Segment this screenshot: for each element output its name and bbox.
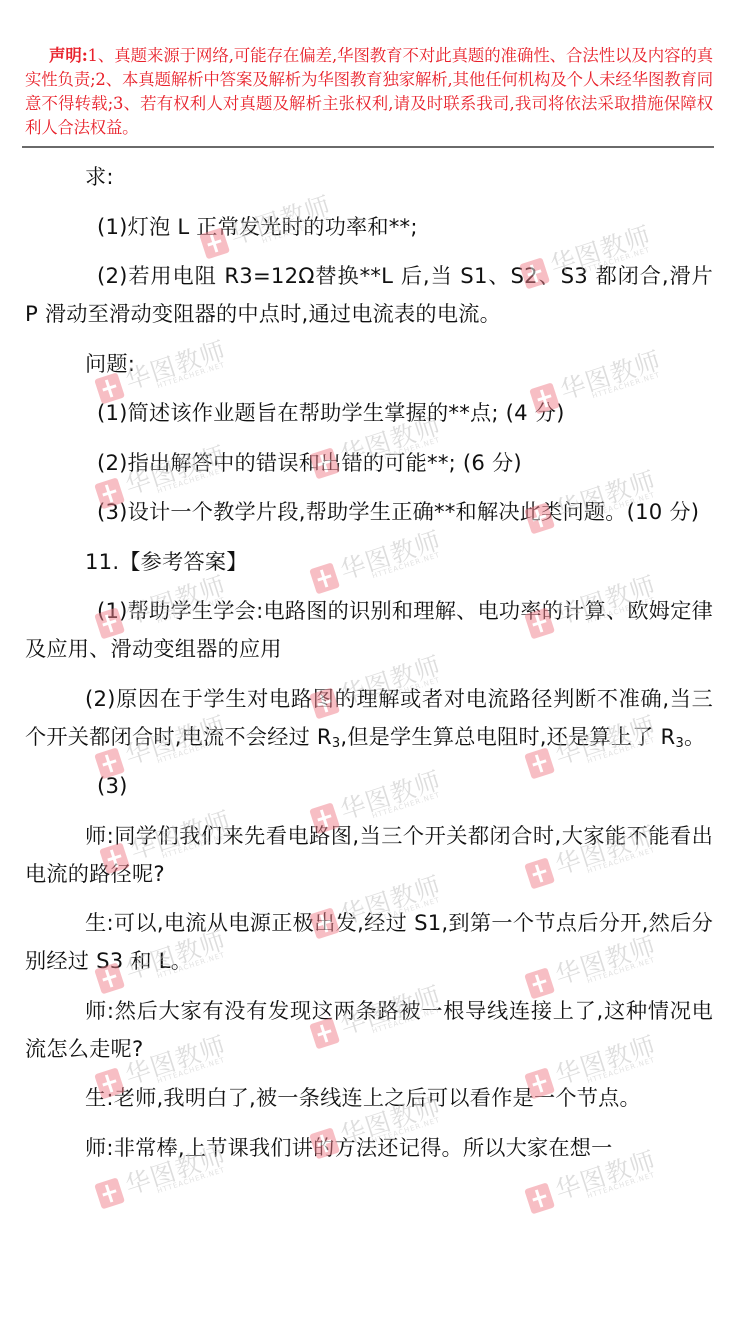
question-item-2: (2)若用电阻 R3=12Ω替换**L 后,当 S1、S2、S3 都闭合,滑片 …: [25, 257, 713, 333]
answer-part-2: (2)原因在于学生对电路图的理解或者对电流路径判断不准确,当三个开关都闭合时,电…: [25, 680, 713, 756]
ask-label: 求:: [25, 158, 713, 196]
document-body: 求: (1)灯泡 L 正常发光时的功率和**; (2)若用电阻 R3=12Ω替换…: [25, 158, 713, 1178]
disclaimer-label: 声明:: [49, 46, 88, 65]
answer-heading: 11.【参考答案】: [25, 543, 713, 581]
problems-label: 问题:: [25, 345, 713, 383]
header-divider: [22, 146, 714, 148]
dialogue-line: 生:可以,电流从电源正极出发,经过 S1,到第一个节点后分开,然后分别经过 S3…: [25, 904, 713, 980]
answer-part-2-text-b: ,但是学生算总电阻时,还是算上了 R: [340, 724, 675, 749]
answer-part-2-text-c: 。: [684, 724, 705, 749]
disclaimer-text: 1、真题来源于网络,可能存在偏差,华图教育不对此真题的准确性、合法性以及内容的真…: [25, 46, 713, 137]
problem-2: (2)指出解答中的错误和出错的可能**; (6 分): [25, 444, 713, 482]
problem-1: (1)简述该作业题旨在帮助学生掌握的**点; (4 分): [25, 394, 713, 432]
dialogue-line: 生:老师,我明白了,被一条线连上之后可以看作是一个节点。: [25, 1079, 713, 1117]
dialogue-line: 师:然后大家有没有发现这两条路被一根导线连接上了,这种情况电流怎么走呢?: [25, 992, 713, 1068]
dialogue-line: 师:同学们我们来先看电路图,当三个开关都闭合时,大家能不能看出电流的路径呢?: [25, 817, 713, 893]
answer-part-1: (1)帮助学生学会:电路图的识别和理解、电功率的计算、欧姆定律及应用、滑动变组器…: [25, 592, 713, 668]
subscript: 3: [675, 736, 683, 751]
watermark-logo-icon: [94, 1177, 125, 1209]
problem-3: (3)设计一个教学片段,帮助学生正确**和解决此类问题。(10 分): [25, 493, 713, 531]
dialogue-line: 师:非常棒,上节课我们讲的方法还记得。所以大家在想一: [25, 1129, 713, 1167]
answer-part-3-label: (3): [25, 767, 713, 805]
question-item-1: (1)灯泡 L 正常发光时的功率和**;: [25, 208, 713, 246]
watermark-logo-icon: [524, 1182, 555, 1214]
disclaimer: 声明:1、真题来源于网络,可能存在偏差,华图教育不对此真题的准确性、合法性以及内…: [25, 44, 713, 140]
